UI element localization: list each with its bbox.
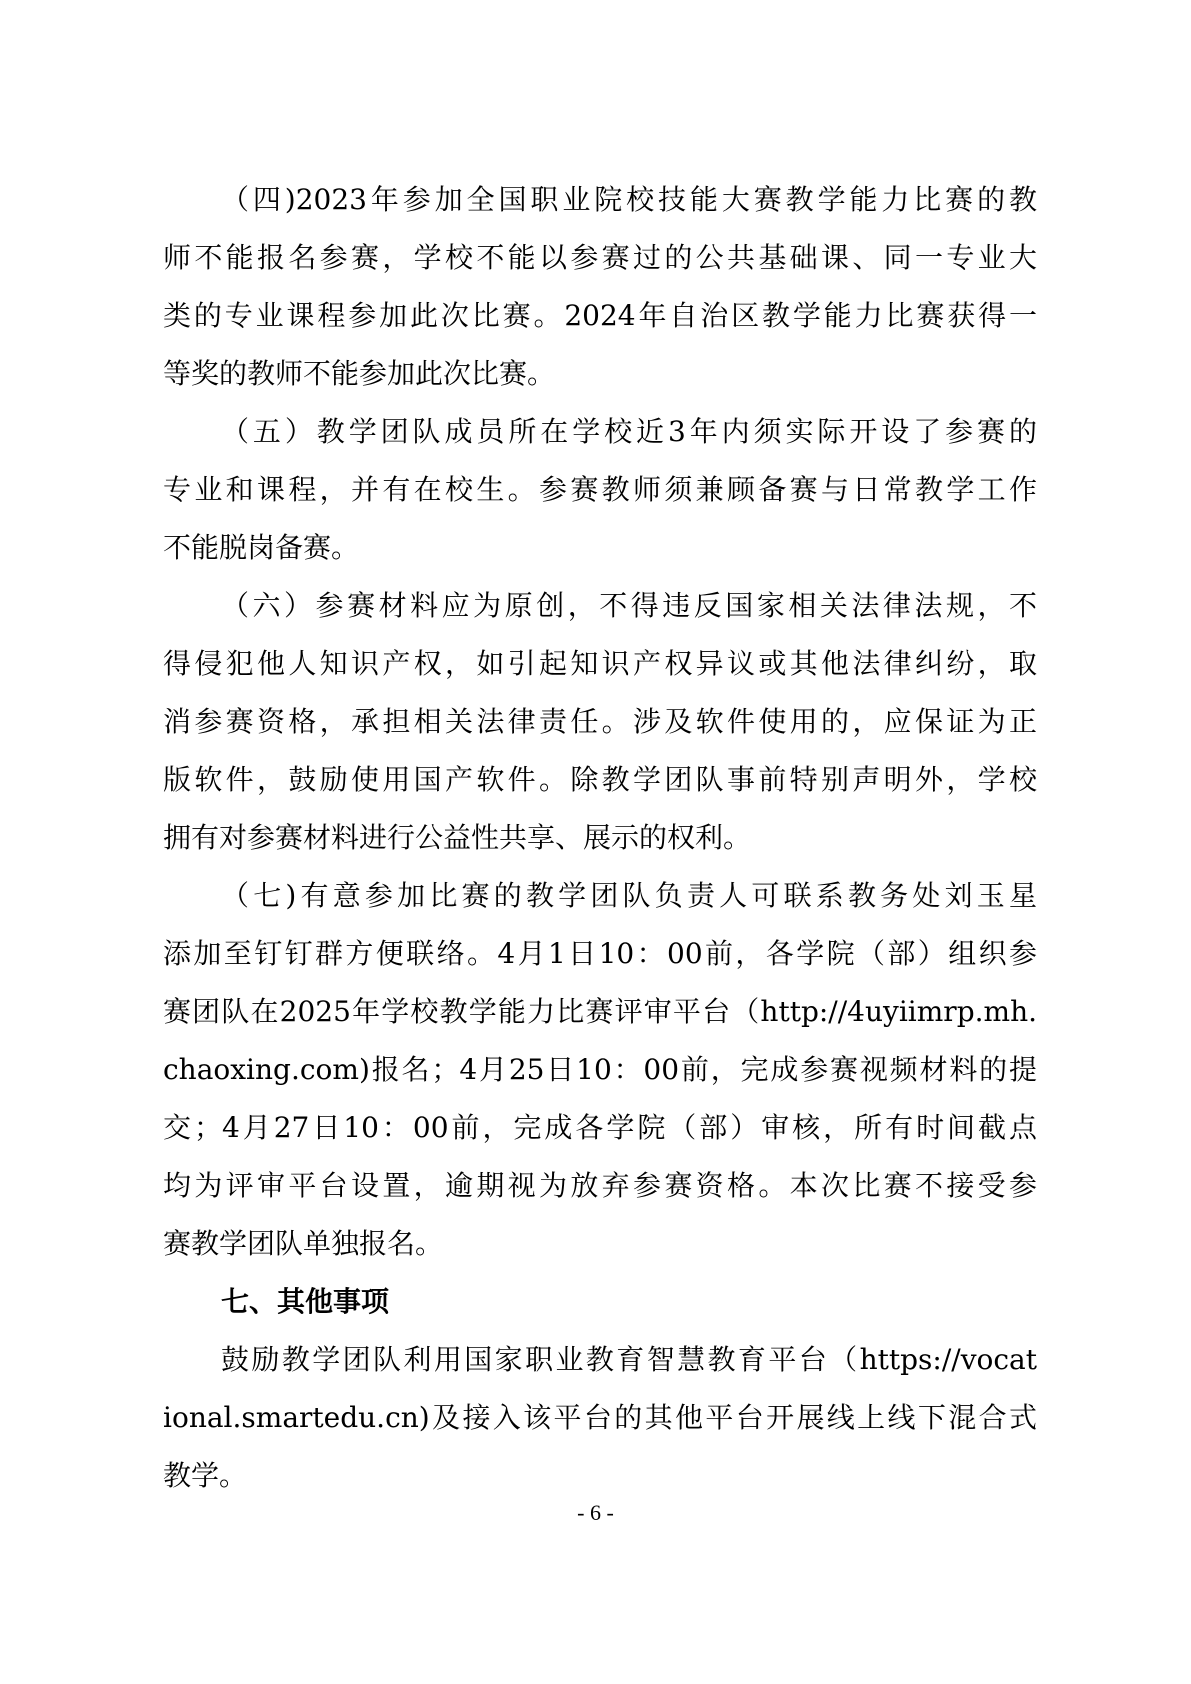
section-paragraph: 鼓励教学团队利用国家职业教育智慧教育平台（https://vocat ional… <box>163 1331 1037 1505</box>
text-line-with-link: 赛团队在2025年学校教学能力比赛评审平台（http://4uyiimrp.mh… <box>163 983 1037 1041</box>
text-line: 赛教学团队单独报名。 <box>163 1215 1037 1273</box>
text-line: 等奖的教师不能参加此次比赛。 <box>163 345 1037 403</box>
paragraph-item-5: （五）教学团队成员所在学校近3年内须实际开设了参赛的 专业和课程，并有在校生。参… <box>163 403 1037 577</box>
text-line: 添加至钉钉群方便联络。4月1日10：00前，各学院（部）组织参 <box>163 925 1037 983</box>
text-line: 拥有对参赛材料进行公益性共享、展示的权利。 <box>163 809 1037 867</box>
text-line-with-link: chaoxing.com)报名；4月25日10：00前，完成参赛视频材料的提 <box>163 1041 1037 1099</box>
text-line: 类的专业课程参加此次比赛。2024年自治区教学能力比赛获得一 <box>163 287 1037 345</box>
text-line: 师不能报名参赛，学校不能以参赛过的公共基础课、同一专业大 <box>163 229 1037 287</box>
text-line: （六）参赛材料应为原创，不得违反国家相关法律法规，不 <box>163 577 1037 635</box>
text-line: （七)有意参加比赛的教学团队负责人可联系教务处刘玉星 <box>163 867 1037 925</box>
paragraph-item-4: （四)2023年参加全国职业院校技能大赛教学能力比赛的教 师不能报名参赛，学校不… <box>163 171 1037 403</box>
paragraph-item-6: （六）参赛材料应为原创，不得违反国家相关法律法规，不 得侵犯他人知识产权，如引起… <box>163 577 1037 867</box>
paragraph-item-7: （七)有意参加比赛的教学团队负责人可联系教务处刘玉星 添加至钉钉群方便联络。4月… <box>163 867 1037 1273</box>
text-line: （五）教学团队成员所在学校近3年内须实际开设了参赛的 <box>163 403 1037 461</box>
text-line: （四)2023年参加全国职业院校技能大赛教学能力比赛的教 <box>163 171 1037 229</box>
text-line-with-link: ional.smartedu.cn)及接入该平台的其他平台开展线上线下混合式 <box>163 1389 1037 1447</box>
text-line: 交；4月27日10：00前，完成各学院（部）审核，所有时间截点 <box>163 1099 1037 1157</box>
text-line: 不能脱岗备赛。 <box>163 519 1037 577</box>
text-line: 专业和课程，并有在校生。参赛教师须兼顾备赛与日常教学工作 <box>163 461 1037 519</box>
text-line: 教学。 <box>163 1447 1037 1505</box>
text-line: 均为评审平台设置，逾期视为放弃参赛资格。本次比赛不接受参 <box>163 1157 1037 1215</box>
text-line: 得侵犯他人知识产权，如引起知识产权异议或其他法律纠纷，取 <box>163 635 1037 693</box>
text-line: 版软件，鼓励使用国产软件。除教学团队事前特别声明外，学校 <box>163 751 1037 809</box>
text-line-with-link: 鼓励教学团队利用国家职业教育智慧教育平台（https://vocat <box>163 1331 1037 1389</box>
text-line: 消参赛资格，承担相关法律责任。涉及软件使用的，应保证为正 <box>163 693 1037 751</box>
page-number: - 6 - <box>0 1500 1191 1526</box>
section-heading: 七、其他事项 <box>163 1273 1037 1331</box>
document-page: （四)2023年参加全国职业院校技能大赛教学能力比赛的教 师不能报名参赛，学校不… <box>163 171 1037 1505</box>
